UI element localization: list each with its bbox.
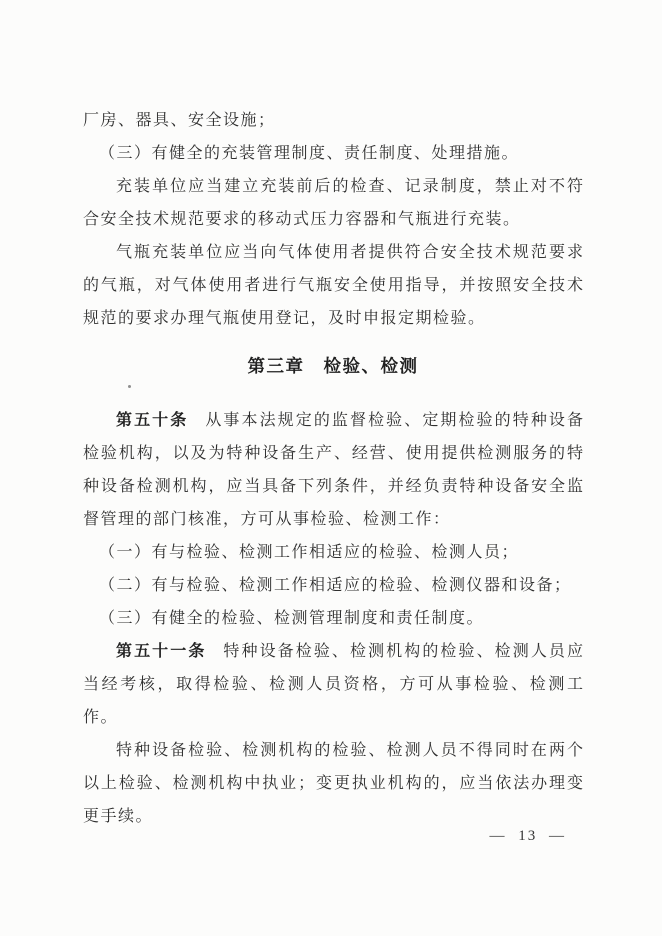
paragraph-continuation-line: 厂房、器具、安全设施； xyxy=(83,104,583,137)
chapter-heading: 第三章 检验、检测 xyxy=(83,349,583,383)
paragraph-line: 作。 xyxy=(83,701,583,734)
list-item-line: （三）有健全的充装管理制度、责任制度、处理措施。 xyxy=(83,137,583,170)
list-item-line: （二）有与检验、检测工作相适应的检验、检测仪器和设备； xyxy=(83,569,583,602)
list-item-line: （三）有健全的检验、检测管理制度和责任制度。 xyxy=(83,602,583,635)
paragraph-line: 检验机构，以及为特种设备生产、经营、使用提供检测服务的特 xyxy=(83,437,583,470)
article-lead-text: 特种设备检验、检测机构的检验、检测人员应 xyxy=(223,643,583,660)
document-page: 厂房、器具、安全设施； （三）有健全的充装管理制度、责任制度、处理措施。 充装单… xyxy=(0,0,662,936)
article-lead-text: 从事本法规定的监督检验、定期检验的特种设备 xyxy=(205,412,583,429)
paragraph-line: 的气瓶，对气体使用者进行气瓶安全使用指导，并按照安全技术 xyxy=(83,269,583,302)
article-lead-line: 第五十一条特种设备检验、检测机构的检验、检测人员应 xyxy=(83,635,583,668)
paragraph-line: 以上检验、检测机构中执业；变更执业机构的，应当依法办理变 xyxy=(83,767,583,800)
article-number: 第五十条 xyxy=(116,412,188,429)
article-number: 第五十一条 xyxy=(116,643,206,660)
paragraph-line: 种设备检测机构，应当具备下列条件，并经负责特种设备安全监 xyxy=(83,470,583,503)
paragraph-line: 督管理的部门核准，方可从事检验、检测工作： xyxy=(83,503,583,536)
paragraph-line: 充装单位应当建立充装前后的检查、记录制度，禁止对不符 xyxy=(83,170,583,203)
paragraph-line: 特种设备检验、检测机构的检验、检测人员不得同时在两个 xyxy=(83,734,583,767)
paragraph-line: 规范的要求办理气瓶使用登记，及时申报定期检验。 xyxy=(83,302,583,335)
page-number: — 13 — xyxy=(490,828,567,845)
article-lead-line: 第五十条从事本法规定的监督检验、定期检验的特种设备 xyxy=(83,404,583,437)
document-body: 厂房、器具、安全设施； （三）有健全的充装管理制度、责任制度、处理措施。 充装单… xyxy=(83,104,583,833)
list-item-line: （一）有与检验、检测工作相适应的检验、检测人员； xyxy=(83,536,583,569)
paragraph-line: 气瓶充装单位应当向气体使用者提供符合安全技术规范要求 xyxy=(83,236,583,269)
scan-speck xyxy=(128,385,131,388)
paragraph-line: 合安全技术规范要求的移动式压力容器和气瓶进行充装。 xyxy=(83,203,583,236)
paragraph-line: 当经考核，取得检验、检测人员资格，方可从事检验、检测工 xyxy=(83,668,583,701)
